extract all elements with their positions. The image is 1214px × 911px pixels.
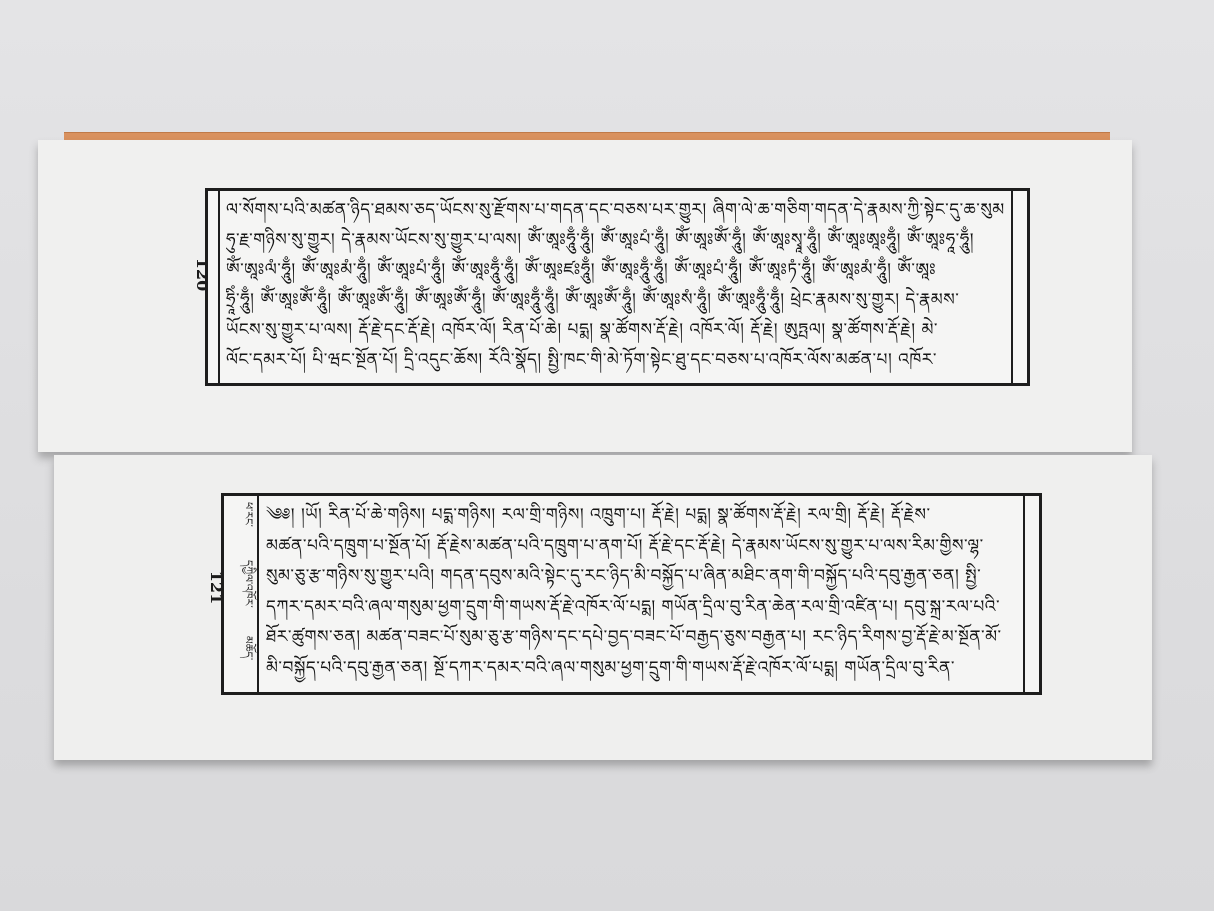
text-line: ལོང་དམར་པོ། པི་ཝང་སྔོན་པོ། དྲི་འདུང་ཆོས།… bbox=[226, 345, 1005, 375]
text-block: ལ་སོགས་པའི་མཚན་ཉིད་ཐམས་ཅད་ཡོངས་སུ་རྫོགས་… bbox=[226, 195, 1005, 375]
right-margin-column bbox=[1023, 496, 1039, 692]
text-line: ཡོངས་སུ་གྱུར་པ་ལས། རྡོ་རྗེ་དང་རྡོ་རྗེ། འ… bbox=[226, 315, 1005, 345]
text-frame: ལ་སོགས་པའི་མཚན་ཉིད་ཐམས་ཅད་ཡོངས་སུ་རྫོགས་… bbox=[205, 188, 1030, 386]
text-line: ཐོར་ཚུགས་ཅན། མཚན་བཟང་པོ་སུམ་ཅུ་རྩ་གཉིས་ད… bbox=[266, 622, 1017, 653]
text-line: ཧྲཱིཾ་ཧཱུྃ། ཨོཾ་ཨཱཿཨོཾ་ཧཱུྃ། ཨོཾ་ཨཱཿཨོཾ་… bbox=[226, 285, 1005, 315]
text-line: སུམ་ཅུ་རྩ་གཉིས་སུ་གྱུར་པའི། གདན་དབུས་མའི… bbox=[266, 561, 1017, 592]
text-line: ཨོཾ་ཨཱཿལཾ་ཧཱུྃ། ཨོཾ་ཨཱཿམཾ་ཧཱུྃ། ཨོཾ་ཨཱཿཔ… bbox=[226, 255, 1005, 285]
text-frame: ཕ་རང་ དཀྱིལ་འཁོར་ མཆོད་ ༄༅། །ཡོ། རིན་པོ་… bbox=[221, 493, 1042, 695]
text-line: ཧུ་རྗ་གཉིས་སུ་གྱུར། དེ་རྣམས་ཡོངས་སུ་གྱུར… bbox=[226, 225, 1005, 255]
manuscript-page-121: 121 ཕ་རང་ དཀྱིལ་འཁོར་ མཆོད་ ༄༅། །ཡོ། རིན… bbox=[54, 455, 1152, 760]
manuscript-page-120: 120 ལ་སོགས་པའི་མཚན་ཉིད་ཐམས་ཅད་ཡོངས་སུ་རྫ… bbox=[38, 140, 1132, 452]
text-line: མཚན་པའི་དཁྲུག་པ་སྔོན་པོ། རྡོ་རྗེས་མཚན་པའ… bbox=[266, 531, 1017, 562]
left-margin-column bbox=[208, 191, 220, 383]
text-line: མི་བསྐྱོད་པའི་དབུ་རྒྱན་ཅན། སྔོ་དཀར་དམར་བ… bbox=[266, 653, 1017, 684]
left-margin-column: ཕ་རང་ དཀྱིལ་འཁོར་ མཆོད་ bbox=[224, 496, 259, 692]
margin-title-label: དཀྱིལ་འཁོར་ bbox=[228, 560, 254, 608]
text-line: ༄༅། །ཡོ། རིན་པོ་ཆེ་གཉིས། པདྨ་གཉིས། རལ་གྲ… bbox=[266, 500, 1017, 531]
text-line: དཀར་དམར་བའི་ཞལ་གསུམ་ཕྱག་དྲུག་གི་གཡས་རྡོ་… bbox=[266, 592, 1017, 623]
margin-title-label: མཆོད་ bbox=[228, 636, 254, 660]
right-margin-column bbox=[1011, 191, 1027, 383]
text-line: ལ་སོགས་པའི་མཚན་ཉིད་ཐམས་ཅད་ཡོངས་སུ་རྫོགས་… bbox=[226, 195, 1005, 225]
margin-title-label: ཕ་རང་ bbox=[228, 502, 254, 527]
text-block: ༄༅། །ཡོ། རིན་པོ་ཆེ་གཉིས། པདྨ་གཉིས། རལ་གྲ… bbox=[266, 500, 1017, 683]
